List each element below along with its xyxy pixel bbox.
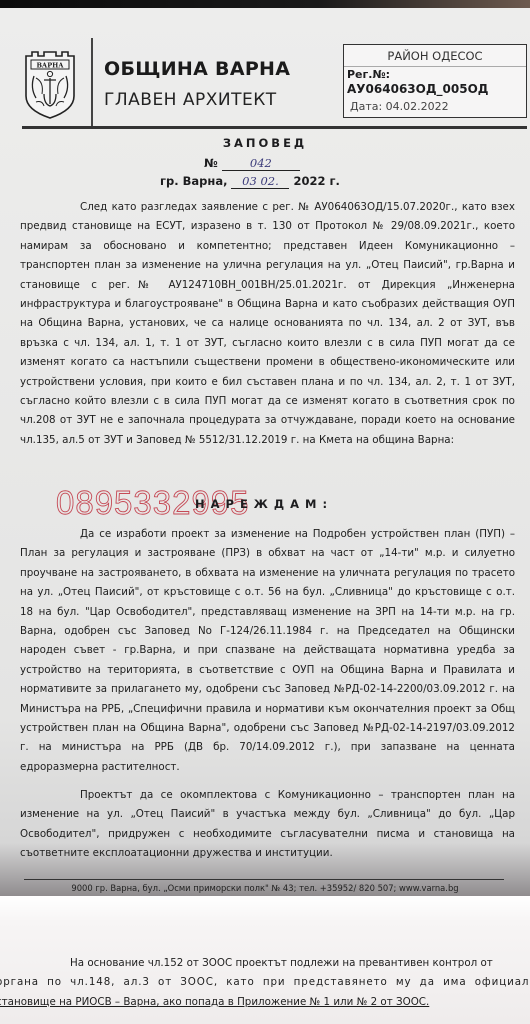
paragraph-order-text: Да се изработи проект за изменение на По… [20,528,515,773]
registration-number: АУ064063ОД_005ОД [347,82,526,96]
order-number-line: № 042 [204,156,300,171]
order-number-handwritten: 042 [222,156,300,171]
organization-subtitle: ГЛАВЕН АРХИТЕКТ [104,90,277,110]
varna-coat-of-arms-icon: ВАРНА [22,48,78,120]
paragraph-environment-line-2: органа по чл.148, ал.3 от ЗООС, като при… [0,973,530,992]
document-page-1: ВАРНА ОБЩИНА ВАРНА ГЛАВЕН АРХИТЕКТ РАЙОН… [0,8,530,896]
paragraph-order: Да се изработи проект за изменение на По… [20,525,515,777]
number-label: № [204,156,218,170]
svg-text:ВАРНА: ВАРНА [36,62,64,70]
order-heading: НАРЕЖДАМ: [195,497,333,511]
order-city-date-line: гр. Варна, 03 02. 2022 г. [160,174,340,189]
organization-name: ОБЩИНА ВАРНА [104,58,290,80]
paragraph-project: Проектът да се окомплектова с Комуникаци… [20,786,515,864]
registration-stamp-box: РАЙОН ОДЕСОС Рег.№: АУ064063ОД_005ОД Дат… [343,44,527,118]
year-label: 2022 г. [293,174,339,188]
paragraph-preamble: След като разгледах заявление с рег. № А… [20,198,515,450]
footer-rule [24,879,504,880]
paragraph-environment-line-3: становище на РИОСВ – Варна, ако попада в… [0,993,530,1012]
header-divider [91,38,93,126]
order-title: ЗАПОВЕД [0,136,530,150]
paragraph-project-text: Проектът да се окомплектова с Комуникаци… [20,789,515,859]
paragraph-preamble-text: След като разгледах заявление с рег. № А… [20,201,515,446]
footer-address: 9000 гр. Варна, бул. „Осми приморски пол… [0,883,530,893]
district-label: РАЙОН ОДЕСОС [344,49,526,67]
paragraph-environment: На основание чл.152 от ЗООС проектът под… [0,954,530,1012]
paragraph-environment-line-1: На основание чл.152 от ЗООС проектът под… [0,954,530,973]
header-rule [22,126,527,129]
registration-label: Рег.№: [347,68,526,81]
order-date-handwritten: 03 02. [231,174,289,189]
document-page-2: На основание чл.152 от ЗООС проектът под… [0,896,530,1024]
city-label: гр. Варна, [160,174,227,188]
registration-date: Дата: 04.02.2022 [350,100,526,113]
